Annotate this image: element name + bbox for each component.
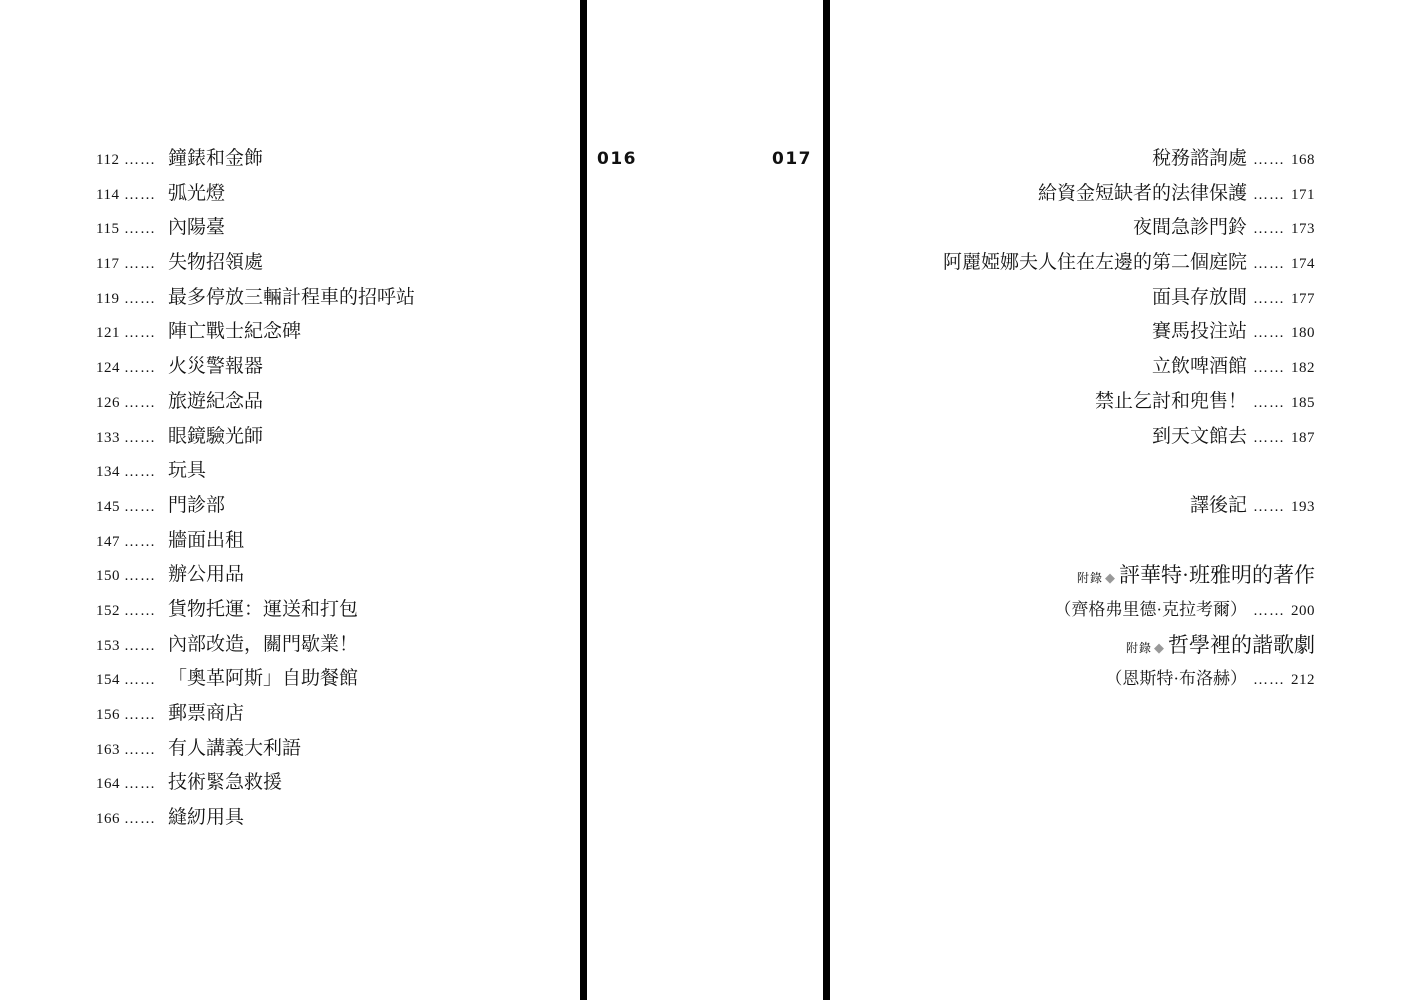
- appendix-author: （恩斯特·布洛赫）: [1105, 669, 1247, 688]
- toc-entry: 112 …… 鐘錶和金飾: [96, 142, 415, 177]
- blank-row: [943, 524, 1315, 559]
- entry-title: 「奧革阿斯」自助餐館: [168, 668, 358, 689]
- entry-leader-dots: ……: [124, 395, 156, 411]
- toc-entry: 121 …… 陣亡戰士紀念碑: [96, 315, 415, 350]
- postscript-entry: 譯後記……193: [943, 489, 1315, 524]
- entry-page-number: 180: [1291, 325, 1315, 341]
- toc-entry: 阿麗婭娜夫人住在左邊的第二個庭院……174: [943, 246, 1315, 281]
- toc-entry: 145 …… 門診部: [96, 489, 415, 524]
- entry-leader-dots: ……: [1253, 360, 1285, 376]
- entry-page-number: 150: [96, 559, 120, 594]
- entry-page-number: 145: [96, 490, 120, 525]
- entry-page-number: 126: [96, 386, 120, 421]
- toc-entry: 152 …… 貨物托運：運送和打包: [96, 593, 415, 628]
- toc-entry: 156 …… 郵票商店: [96, 697, 415, 732]
- entry-title: 辦公用品: [168, 564, 244, 585]
- entry-leader-dots: ……: [1253, 221, 1285, 237]
- appendix-label: 附錄: [1126, 641, 1152, 655]
- entry-title: 眼鏡驗光師: [168, 426, 263, 447]
- entry-title: 失物招領處: [168, 252, 263, 273]
- appendix-author: （齊格弗里德·克拉考爾）: [1054, 600, 1247, 619]
- entry-page-number: 164: [96, 767, 120, 802]
- entry-title: 門診部: [168, 495, 225, 516]
- entry-page-number: 193: [1291, 499, 1315, 515]
- entry-title: 旅遊紀念品: [168, 391, 263, 412]
- entry-title: 譯後記: [1190, 495, 1247, 516]
- toc-entry: 117 …… 失物招領處: [96, 246, 415, 281]
- folio-number-left: 016: [597, 149, 637, 169]
- folio-number-right: 017: [772, 149, 812, 169]
- entry-leader-dots: ……: [1253, 395, 1285, 411]
- entry-page-number: 173: [1291, 221, 1315, 237]
- entry-page-number: 154: [96, 663, 120, 698]
- entry-title: 面具存放間: [1152, 287, 1247, 308]
- toc-entry: 163 …… 有人講義大利語: [96, 732, 415, 767]
- entry-title: 最多停放三輛計程車的招呼站: [168, 287, 415, 308]
- right-page-entries: 稅務諮詢處……168 給資金短缺者的法律保護……171 夜間急診門鈴……173 …: [943, 142, 1315, 454]
- spine-bar-right: [823, 0, 830, 1000]
- toc-entry: 立飲啤酒館……182: [943, 350, 1315, 385]
- diamond-icon: ◆: [1154, 640, 1164, 655]
- entry-page-number: 166: [96, 802, 120, 837]
- toc-entry: 稅務諮詢處……168: [943, 142, 1315, 177]
- toc-entry: 150 …… 辦公用品: [96, 558, 415, 593]
- toc-entry: 147 …… 牆面出租: [96, 524, 415, 559]
- entry-leader-dots: ……: [124, 534, 156, 550]
- appendix-title-row: 附錄◆評華特·班雅明的著作: [943, 558, 1315, 593]
- entry-leader-dots: ……: [124, 325, 156, 341]
- toc-entry: 166 …… 縫紉用具: [96, 801, 415, 836]
- toc-entry: 114 …… 弧光燈: [96, 177, 415, 212]
- entry-title: 內部改造，關門歇業！: [168, 634, 358, 655]
- entry-page-number: 200: [1291, 603, 1315, 619]
- entry-leader-dots: ……: [1253, 187, 1285, 203]
- entry-title: 內陽臺: [168, 217, 225, 238]
- toc-entry: 164 …… 技術緊急救援: [96, 766, 415, 801]
- entry-leader-dots: ……: [124, 430, 156, 446]
- entry-leader-dots: ……: [124, 291, 156, 307]
- entry-page-number: 168: [1291, 152, 1315, 168]
- entry-leader-dots: ……: [1253, 499, 1285, 515]
- spine-bar-left: [580, 0, 587, 1000]
- entry-page-number: 124: [96, 351, 120, 386]
- entry-page-number: 153: [96, 629, 120, 664]
- entry-title: 稅務諮詢處: [1152, 148, 1247, 169]
- appendix-title-row: 附錄◆哲學裡的諧歌劇: [943, 628, 1315, 663]
- toc-entry: 夜間急診門鈴……173: [943, 211, 1315, 246]
- appendix-title: 哲學裡的諧歌劇: [1168, 633, 1315, 657]
- toc-entry: 到天文館去……187: [943, 420, 1315, 455]
- entry-title: 郵票商店: [168, 703, 244, 724]
- entry-leader-dots: ……: [124, 811, 156, 827]
- entry-leader-dots: ……: [124, 742, 156, 758]
- entry-page-number: 177: [1291, 291, 1315, 307]
- diamond-icon: ◆: [1105, 570, 1115, 585]
- entry-title: 給資金短缺者的法律保護: [1038, 183, 1247, 204]
- appendix-title: 評華特·班雅明的著作: [1119, 563, 1315, 587]
- entry-title: 禁止乞討和兜售！: [1095, 391, 1247, 412]
- toc-entry: 119 …… 最多停放三輛計程車的招呼站: [96, 281, 415, 316]
- entry-title: 陣亡戰士紀念碑: [168, 321, 301, 342]
- appendix-label: 附錄: [1077, 571, 1103, 585]
- entry-page-number: 117: [96, 247, 120, 282]
- appendix-author-row: （齊格弗里德·克拉考爾）……200: [943, 593, 1315, 628]
- entry-title: 弧光燈: [168, 183, 225, 204]
- entry-title: 火災警報器: [168, 356, 263, 377]
- entry-page-number: 174: [1291, 256, 1315, 272]
- entry-title: 鐘錶和金飾: [168, 148, 263, 169]
- entry-leader-dots: ……: [124, 187, 156, 203]
- entry-page-number: 134: [96, 455, 120, 490]
- left-page-toc-list: 112 …… 鐘錶和金飾 114 …… 弧光燈 115 …… 內陽臺 117 ……: [96, 142, 415, 836]
- toc-entry: 賽馬投注站……180: [943, 315, 1315, 350]
- entry-leader-dots: ……: [1253, 603, 1285, 619]
- entry-title: 夜間急診門鈴: [1133, 217, 1247, 238]
- entry-leader-dots: ……: [124, 499, 156, 515]
- entry-title: 縫紉用具: [168, 807, 244, 828]
- entry-leader-dots: ……: [124, 256, 156, 272]
- entry-title: 賽馬投注站: [1152, 321, 1247, 342]
- entry-leader-dots: ……: [1253, 256, 1285, 272]
- entry-leader-dots: ……: [124, 707, 156, 723]
- entry-title: 阿麗婭娜夫人住在左邊的第二個庭院: [943, 252, 1247, 273]
- entry-leader-dots: ……: [124, 776, 156, 792]
- entry-page-number: 114: [96, 178, 120, 213]
- entry-page-number: 147: [96, 525, 120, 560]
- entry-page-number: 185: [1291, 395, 1315, 411]
- entry-page-number: 119: [96, 282, 120, 317]
- entry-page-number: 152: [96, 594, 120, 629]
- entry-leader-dots: ……: [124, 568, 156, 584]
- entry-page-number: 212: [1291, 672, 1315, 688]
- toc-entry: 154 …… 「奧革阿斯」自助餐館: [96, 662, 415, 697]
- entry-leader-dots: ……: [1253, 672, 1285, 688]
- entry-page-number: 156: [96, 698, 120, 733]
- entry-page-number: 163: [96, 733, 120, 768]
- entry-leader-dots: ……: [124, 360, 156, 376]
- entry-page-number: 115: [96, 212, 120, 247]
- blank-row: [943, 454, 1315, 489]
- toc-entry: 禁止乞討和兜售！……185: [943, 385, 1315, 420]
- toc-entry: 153 …… 內部改造，關門歇業！: [96, 628, 415, 663]
- toc-entry: 134 …… 玩具: [96, 454, 415, 489]
- toc-entry: 124 …… 火災警報器: [96, 350, 415, 385]
- toc-entry: 給資金短缺者的法律保護……171: [943, 177, 1315, 212]
- entry-leader-dots: ……: [124, 603, 156, 619]
- entry-leader-dots: ……: [124, 152, 156, 168]
- entry-leader-dots: ……: [124, 638, 156, 654]
- entry-page-number: 112: [96, 143, 120, 178]
- entry-leader-dots: ……: [1253, 152, 1285, 168]
- entry-leader-dots: ……: [124, 672, 156, 688]
- entry-leader-dots: ……: [124, 221, 156, 237]
- entry-leader-dots: ……: [124, 464, 156, 480]
- entry-page-number: 182: [1291, 360, 1315, 376]
- entry-title: 到天文館去: [1152, 426, 1247, 447]
- appendix-author-row: （恩斯特·布洛赫）……212: [943, 662, 1315, 697]
- entry-title: 玩具: [168, 460, 206, 481]
- right-page-toc-list: 稅務諮詢處……168 給資金短缺者的法律保護……171 夜間急診門鈴……173 …: [943, 142, 1315, 697]
- toc-entry: 面具存放間……177: [943, 281, 1315, 316]
- entry-leader-dots: ……: [1253, 430, 1285, 446]
- entry-leader-dots: ……: [1253, 291, 1285, 307]
- appendix-entries: 附錄◆評華特·班雅明的著作 （齊格弗里德·克拉考爾）……200 附錄◆哲學裡的諧…: [943, 558, 1315, 697]
- entry-title: 立飲啤酒館: [1152, 356, 1247, 377]
- entry-title: 貨物托運：運送和打包: [168, 599, 358, 620]
- entry-page-number: 187: [1291, 430, 1315, 446]
- entry-page-number: 171: [1291, 187, 1315, 203]
- toc-entry: 115 …… 內陽臺: [96, 211, 415, 246]
- entry-title: 牆面出租: [168, 530, 244, 551]
- toc-entry: 126 …… 旅遊紀念品: [96, 385, 415, 420]
- toc-entry: 133 …… 眼鏡驗光師: [96, 420, 415, 455]
- entry-title: 有人講義大利語: [168, 738, 301, 759]
- entry-page-number: 121: [96, 316, 120, 351]
- entry-leader-dots: ……: [1253, 325, 1285, 341]
- entry-title: 技術緊急救援: [168, 772, 282, 793]
- entry-page-number: 133: [96, 421, 120, 456]
